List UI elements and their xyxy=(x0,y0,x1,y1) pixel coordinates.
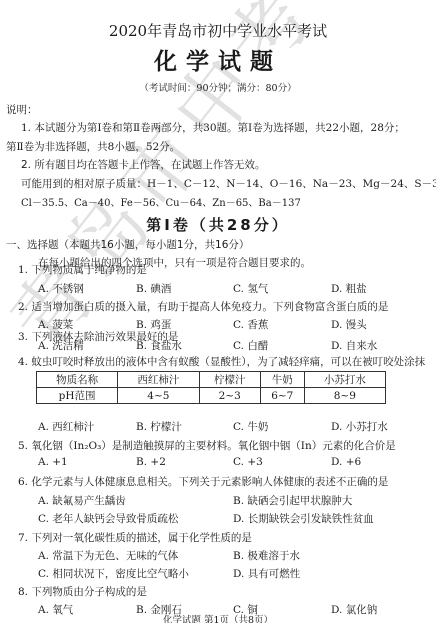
question-8-stem: 8. 下列物质由分子构成的是 xyxy=(18,584,147,599)
q3-option-c: C. 白醋 xyxy=(233,338,268,353)
q6-option-c: C. 老年人缺钙会导致骨质疏松 xyxy=(38,511,178,526)
part-title: 一、选择题（本题共16小题，每小题1分，共16分） xyxy=(6,237,249,252)
atomic-masses-line-2: Cl－35.5、Ca－40、Fe－56、Cu－64、Zn－65、Ba－137 xyxy=(21,194,301,209)
question-4-stem: 4. 蚊虫叮咬时释放出的液体中含有蚁酸（显酸性），为了减轻痒痛，可以在被叮咬处涂… xyxy=(18,354,425,369)
q3-option-b: B. 食盐水 xyxy=(136,338,182,353)
ph-table-cell: pH范围 xyxy=(37,388,118,404)
q4-option-c: C. 牛奶 xyxy=(233,419,268,434)
ph-table-cell: 西红柿汁 xyxy=(118,372,199,388)
q5-option-c: C. +3 xyxy=(233,456,263,468)
q1-option-b: B. 碘酒 xyxy=(136,281,171,296)
exam-page: 2020年青岛市初中学业水平考试 化学试题 （考试时间：90分钟；满分：80分）… xyxy=(0,0,436,623)
question-5-stem: 5. 氧化铟（In₂O₃）是制造触摸屏的主要材料。氧化铟中铟（In）元素的化合价… xyxy=(18,438,396,453)
ph-table-cell: 小苏打水 xyxy=(304,372,385,388)
q7-option-a: A. 常温下为无色、无味的气体 xyxy=(38,548,178,563)
q1-option-d: D. 粗盐 xyxy=(331,281,367,296)
page-footer: 化学试题 第1页（共8页） xyxy=(0,612,436,623)
question-1-stem: 1. 下列物质属于纯净物的是 xyxy=(18,262,147,277)
q1-option-a: A. 不锈钢 xyxy=(38,281,84,296)
ph-table-cell: 物质名称 xyxy=(37,372,118,388)
instructions-heading: 说明： xyxy=(6,102,38,117)
exam-title: 2020年青岛市初中学业水平考试 xyxy=(0,20,436,41)
q6-option-b: B. 缺硒会引起甲状腺肿大 xyxy=(233,493,352,508)
q1-option-c: C. 氢气 xyxy=(233,281,268,296)
ph-table-cell: 4~5 xyxy=(118,388,199,404)
q6-option-d: D. 长期缺铁会引发缺铁性贫血 xyxy=(233,511,374,526)
q6-option-a: A. 缺氟易产生龋齿 xyxy=(38,493,126,508)
q3-option-d: D. 自来水 xyxy=(331,338,377,353)
ph-table: 物质名称 西红柿汁 柠檬汁 牛奶 小苏打水 pH范围 4~5 2~3 6~7 8… xyxy=(36,371,386,404)
q7-option-b: B. 极难溶于水 xyxy=(233,548,300,563)
ph-table-cell: 6~7 xyxy=(260,388,304,404)
atomic-masses-line-1: 可能用到的相对原子质量：H－1、C－12、N－14、O－16、Na－23、Mg－… xyxy=(21,176,436,191)
section-title: 第Ⅰ卷（共28分） xyxy=(0,214,436,235)
instruction-1-line-2: 第Ⅱ卷为非选择题，共8小题，52分。 xyxy=(6,139,180,154)
ph-table-header-row: 物质名称 西红柿汁 柠檬汁 牛奶 小苏打水 xyxy=(37,372,386,388)
q5-option-d: D. +6 xyxy=(331,456,361,468)
instruction-1-line-1: 1. 本试题分为第Ⅰ卷和第Ⅱ卷两部分，共30题。第Ⅰ卷为选择题，共22小题，28… xyxy=(21,120,405,135)
ph-table-cell: 柠檬汁 xyxy=(199,372,260,388)
q3-option-a: A. 洗洁精 xyxy=(38,338,84,353)
q2-option-c: C. 香蕉 xyxy=(233,317,268,332)
q5-option-a: A. +1 xyxy=(38,456,68,468)
ph-table-cell: 2~3 xyxy=(199,388,260,404)
question-2-stem: 2. 适当增加蛋白质的摄入量，有助于提高人体免疫力。下列食物富含蛋白质的是 xyxy=(18,299,388,314)
question-6-stem: 6. 化学元素与人体健康息息相关。下列关于元素影响人体健康的表述不正确的是 xyxy=(18,474,388,489)
exam-info: （考试时间：90分钟；满分：80分） xyxy=(0,80,436,94)
instruction-2: 2. 所有题目均在答题卡上作答，在试题上作答无效。 xyxy=(21,157,265,172)
q4-option-b: B. 柠檬汁 xyxy=(136,419,182,434)
q7-option-c: C. 相同状况下，密度比空气略小 xyxy=(38,566,189,581)
q4-option-d: D. 小苏打水 xyxy=(331,419,388,434)
q5-option-b: B. +2 xyxy=(136,456,166,468)
question-7-stem: 7. 下列对一氧化碳性质的描述，属于化学性质的是 xyxy=(18,530,252,545)
subject-title: 化学试题 xyxy=(0,43,436,76)
q2-option-d: D. 馒头 xyxy=(331,317,367,332)
ph-table-cell: 8~9 xyxy=(304,388,385,404)
q4-option-a: A. 西红柿汁 xyxy=(38,419,94,434)
ph-table-value-row: pH范围 4~5 2~3 6~7 8~9 xyxy=(37,388,386,404)
ph-table-cell: 牛奶 xyxy=(260,372,304,388)
q7-option-d: D. 具有可燃性 xyxy=(233,566,300,581)
